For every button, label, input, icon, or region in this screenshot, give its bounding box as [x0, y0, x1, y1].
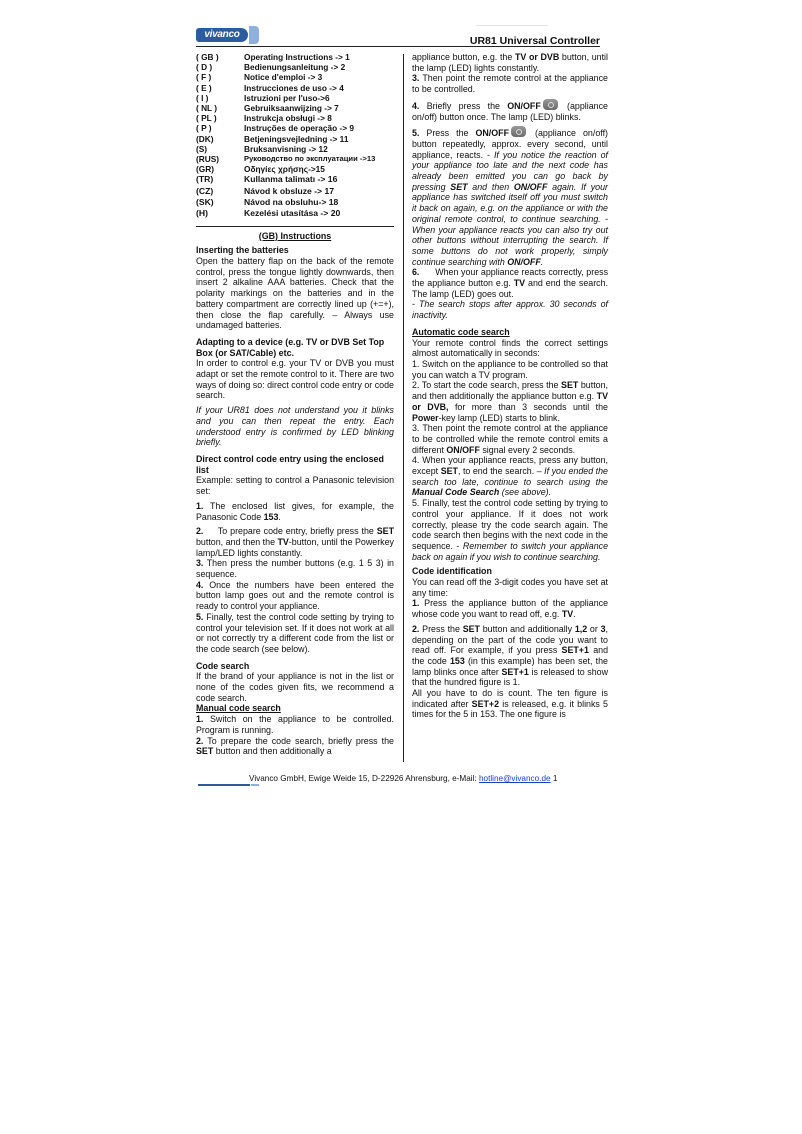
auto-step-1: 1. Switch on the appliance to be control…	[412, 359, 608, 380]
language-row: (TR)Kullanma talimatı -> 16	[196, 174, 394, 185]
language-index: ( GB )Operating Instructions -> 1 ( D )B…	[196, 52, 394, 220]
paragraph-adapting: In order to control e.g. your TV or DVB …	[196, 358, 394, 401]
left-column: ( GB )Operating Instructions -> 1 ( D )B…	[196, 52, 394, 757]
power-button-icon	[543, 99, 558, 110]
direct-step-3: 3. Then press the number buttons (e.g. 1…	[196, 558, 394, 579]
language-row: (SK)Návod na obsluhu-> 18	[196, 197, 394, 208]
auto-step-3: 3. Then point the remote control at the …	[412, 423, 608, 455]
paragraph-auto-intro: Your remote control finds the correct se…	[412, 338, 608, 359]
logo-text: vivanco	[196, 28, 248, 42]
auto-step-2: 2. To start the code search, press the S…	[412, 380, 608, 423]
manual-step-1: 1. Switch on the appliance to be control…	[196, 714, 394, 735]
heading-code-search: Code search	[196, 661, 394, 672]
language-row: (H)Kezelési utasítása -> 20	[196, 208, 394, 219]
section-divider	[196, 226, 394, 227]
heading-adapting: Adapting to a device (e.g. TV or DVB Set…	[196, 337, 394, 358]
footer-text: Vivanco GmbH, Ewige Weide 15, D-22926 Ah…	[249, 774, 557, 783]
manual-step-3: 3. Then point the remote control at the …	[412, 73, 608, 94]
header-rule	[196, 46, 600, 47]
email-link[interactable]: hotline@vivanco.de	[479, 774, 551, 783]
language-row: ( E )Instrucciones de uso -> 4	[196, 83, 394, 93]
heading-automatic-search: Automatic code search	[412, 327, 554, 338]
language-row: (DK)Betjeningsvejledning -> 11	[196, 134, 394, 144]
heading-direct-entry: Direct control code entry using the encl…	[196, 454, 394, 475]
manual-step-5: 5. Press the ON/OFF (appliance on/off) b…	[412, 126, 608, 267]
auto-step-5: 5. Finally, test the control code settin…	[412, 498, 608, 562]
direct-step-2: 2. To prepare code entry, briefly press …	[196, 526, 394, 558]
power-button-icon	[511, 126, 526, 137]
direct-step-1: 1. The enclosed list gives, for example,…	[196, 501, 394, 522]
heading-manual-search: Manual code search	[196, 703, 394, 714]
column-divider	[403, 54, 404, 762]
language-row: (RUS)Руководство по эксплуатации ->13	[196, 154, 394, 164]
language-row: (S)Bruksanvisning -> 12	[196, 144, 394, 154]
paragraph-batteries: Open the battery flap on the back of the…	[196, 256, 394, 331]
heading-batteries: Inserting the batteries	[196, 245, 394, 256]
manual-step-6: 6. When your appliance reacts correctly,…	[412, 267, 608, 299]
top-divider	[476, 25, 548, 26]
ident-step-2: 2. Press the SET button and additionally…	[412, 624, 608, 688]
language-row: ( P )Instruções de operação -> 9	[196, 123, 394, 133]
vivanco-logo: vivanco	[196, 26, 259, 44]
direct-step-4: 4. Once the numbers have been entered th…	[196, 580, 394, 612]
section-title: (GB) Instructions	[196, 231, 394, 242]
ident-step-3: All you have to do is count. The ten fig…	[412, 688, 608, 720]
manual-step-6-note: - The search stops after approx. 30 seco…	[412, 299, 608, 320]
language-row: ( I )Istruzioni per l'uso->6	[196, 93, 394, 103]
manual-step-2-cont: appliance button, e.g. the TV or DVB but…	[412, 52, 608, 73]
page-number: 1	[551, 774, 558, 783]
language-row: ( GB )Operating Instructions -> 1	[196, 52, 394, 62]
footer-logo-bar	[198, 784, 250, 786]
logo-tab-shape	[249, 26, 259, 44]
language-row: ( NL )Gebruiksaanwijzing -> 7	[196, 103, 394, 113]
direct-example: Example: setting to control a Panasonic …	[196, 475, 394, 496]
right-column: appliance button, e.g. the TV or DVB but…	[412, 52, 608, 720]
manual-step-2: 2. To prepare the code search, briefly p…	[196, 736, 394, 757]
language-row: (CZ)Návod k obsluze -> 17	[196, 186, 394, 197]
language-row: ( D )Bedienungsanleitung -> 2	[196, 62, 394, 72]
ident-step-1: 1. Press the appliance button of the app…	[412, 598, 608, 619]
footer-logo-tab	[251, 784, 259, 786]
direct-step-5: 5. Finally, test the control code settin…	[196, 612, 394, 655]
manual-step-4: 4. Briefly press the ON/OFF (appliance o…	[412, 99, 608, 122]
heading-code-identification: Code identification	[412, 566, 608, 577]
paragraph-code-search: If the brand of your appliance is not in…	[196, 671, 394, 703]
note-adapting: If your UR81 does not understand you it …	[196, 405, 394, 448]
language-row: ( PL )Instrukcja obsługi -> 8	[196, 113, 394, 123]
language-row: ( F )Notice d'emploi -> 3	[196, 72, 394, 82]
paragraph-ident-intro: You can read off the 3-digit codes you h…	[412, 577, 608, 598]
language-row: (GR)Οδηγίες χρήσης->15	[196, 164, 394, 174]
auto-step-4: 4. When your appliance reacts, press any…	[412, 455, 608, 498]
